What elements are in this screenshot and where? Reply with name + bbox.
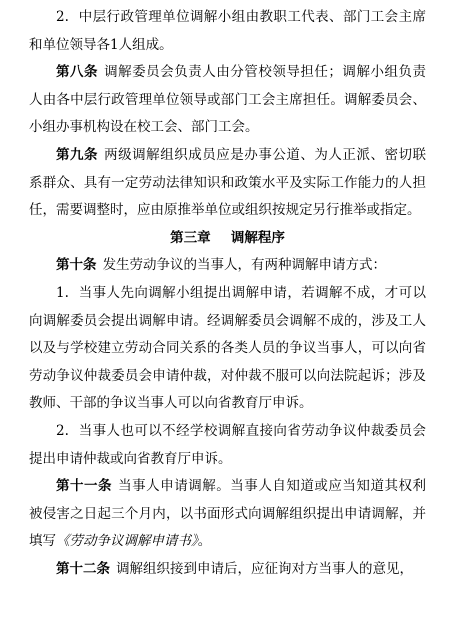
paragraph-text: 。 — [198, 533, 212, 549]
paragraph-text: 发生劳动争议的当事人，有两种调解申请方式： — [103, 257, 387, 273]
book-title-reference: 《劳动争议调解申请书》 — [56, 533, 198, 549]
paragraph-text: 中层行政管理单位调解小组由教职工代表、部门工会主席和单位领导各1人组成。 — [29, 9, 426, 53]
document-body: 2.中层行政管理单位调解小组由教职工代表、部门工会主席和单位领导各1人组成。第八… — [29, 4, 426, 583]
list-number: 1. — [56, 285, 69, 301]
article-label: 第十二条 — [56, 561, 110, 577]
article-label: 第十条 — [56, 257, 97, 273]
article-label: 第十一条 — [56, 478, 112, 494]
paragraph: 第八条调解委员会负责人由分管校领导担任；调解小组负责人由各中层行政管理单位领导或… — [29, 59, 426, 142]
paragraph: 第十一条当事人申请调解。当事人自知道或应当知道其权利被侵害之日起三个月内，以书面… — [29, 473, 426, 556]
paragraph: 1.当事人先向调解小组提出调解申请，若调解不成，才可以向调解委员会提出调解申请。… — [29, 280, 426, 418]
list-number: 2. — [56, 9, 69, 25]
paragraph: 2.当事人也可以不经学校调解直接向省劳动争议仲裁委员会提出申请仲裁或向省教育厅申… — [29, 418, 426, 473]
paragraph: 第十条发生劳动争议的当事人，有两种调解申请方式： — [29, 252, 426, 280]
article-label: 第八条 — [56, 64, 98, 80]
chapter-title: 调解程序 — [231, 230, 285, 246]
article-label: 第九条 — [56, 147, 98, 163]
paragraph-text: 当事人先向调解小组提出调解申请，若调解不成，才可以向调解委员会提出调解申请。经调… — [29, 285, 426, 411]
chapter-heading: 第三章调解程序 — [29, 225, 426, 253]
chapter-number: 第三章 — [170, 230, 211, 246]
paragraph-text: 当事人也可以不经学校调解直接向省劳动争议仲裁委员会提出申请仲裁或向省教育厅申诉。 — [29, 423, 426, 467]
list-number: 2. — [56, 423, 69, 439]
paragraph: 第九条两级调解组织成员应是办事公道、为人正派、密切联系群众、具有一定劳动法律知识… — [29, 142, 426, 225]
paragraph: 2.中层行政管理单位调解小组由教职工代表、部门工会主席和单位领导各1人组成。 — [29, 4, 426, 59]
paragraph: 第十二条调解组织接到申请后，应征询对方当事人的意见， — [29, 556, 426, 584]
paragraph-text: 调解组织接到申请后，应征询对方当事人的意见， — [116, 561, 413, 577]
document-page: 2.中层行政管理单位调解小组由教职工代表、部门工会主席和单位领导各1人组成。第八… — [0, 0, 453, 620]
